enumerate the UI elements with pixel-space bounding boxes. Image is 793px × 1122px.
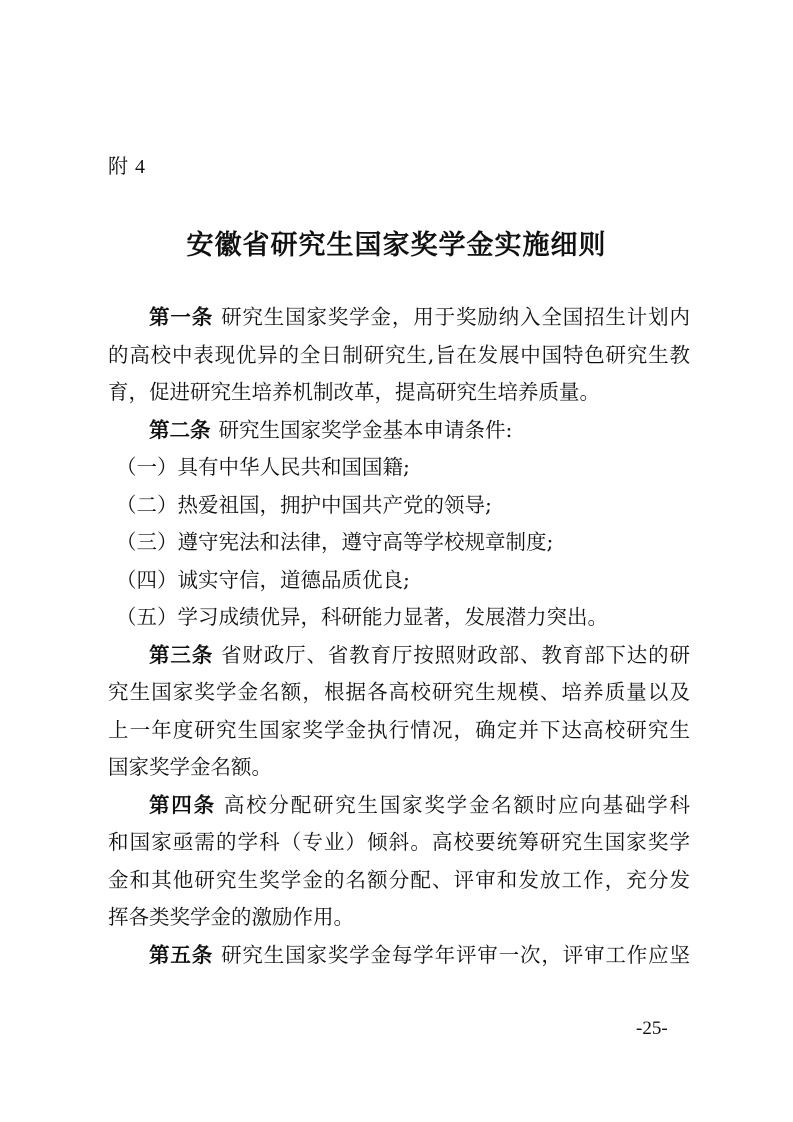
page-number: -25- <box>636 1018 668 1040</box>
article-1-line-1: 第一条研究生国家奖学金，用于奖励纳入全国招生计划内 <box>108 299 690 337</box>
article-2-item-2: （二）热爱祖国，拥护中国共产党的领导; <box>108 487 690 525</box>
article-5-line-1: 第五条研究生国家奖学金每学年评审一次，评审工作应坚 <box>108 937 690 975</box>
document-body: 第一条研究生国家奖学金，用于奖励纳入全国招生计划内 的高校中表现优异的全日制研究… <box>108 299 690 974</box>
article-2-item-3: （三）遵守宪法和法律，遵守高等学校规章制度; <box>108 524 690 562</box>
article-3-line-4: 国家奖学金名额。 <box>108 749 690 787</box>
article-label: 第三条 <box>149 643 213 667</box>
article-3-line-1: 第三条省财政厅、省教育厅按照财政部、教育部下达的研 <box>108 637 690 675</box>
article-2-line-1: 第二条研究生国家奖学金基本申请条件: <box>108 412 690 450</box>
article-3-line-2: 究生国家奖学金名额，根据各高校研究生规模、培养质量以及 <box>108 674 690 712</box>
document-title: 安徽省研究生国家奖学金实施细则 <box>0 223 793 262</box>
article-label: 第五条 <box>149 943 213 967</box>
article-label: 第一条 <box>149 305 213 329</box>
article-2-item-1: （一）具有中华人民共和国国籍; <box>108 449 690 487</box>
article-1-line-3: 育，促进研究生培养机制改革，提高研究生培养质量。 <box>108 374 690 412</box>
article-3-line-3: 上一年度研究生国家奖学金执行情况，确定并下达高校研究生 <box>108 712 690 750</box>
article-4-line-4: 挥各类奖学金的激励作用。 <box>108 899 690 937</box>
article-4-line-2: 和国家亟需的学科（专业）倾斜。高校要统筹研究生国家奖学 <box>108 824 690 862</box>
article-label: 第二条 <box>149 418 211 442</box>
article-label: 第四条 <box>149 793 216 817</box>
article-1-line-2: 的高校中表现优异的全日制研究生,旨在发展中国特色研究生教 <box>108 337 690 375</box>
article-2-item-4: （四）诚实守信，道德品质优良; <box>108 562 690 600</box>
attachment-label: 附 4 <box>108 150 146 179</box>
article-4-line-1: 第四条高校分配研究生国家奖学金名额时应向基础学科 <box>108 787 690 825</box>
article-2-item-5: （五）学习成绩优异，科研能力显著，发展潜力突出。 <box>108 599 690 637</box>
article-4-line-3: 金和其他研究生奖学金的名额分配、评审和发放工作，充分发 <box>108 862 690 900</box>
